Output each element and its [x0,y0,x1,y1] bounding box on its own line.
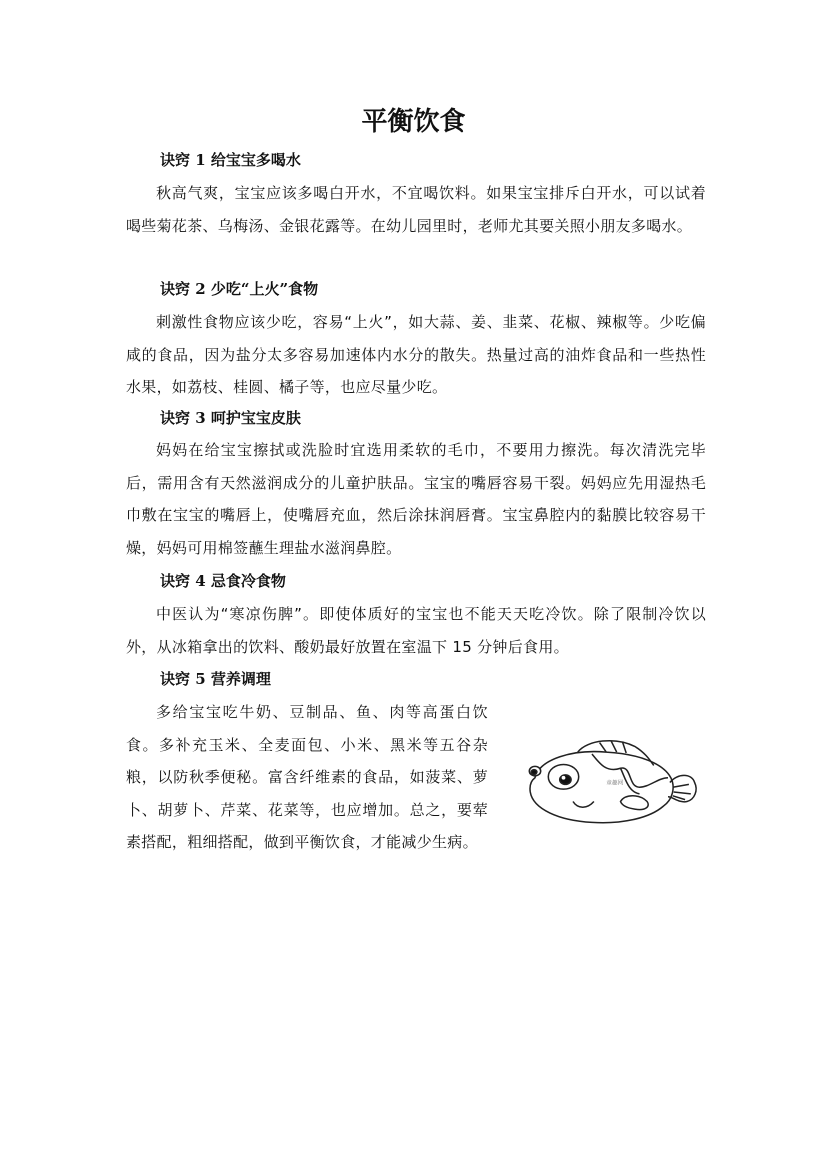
section-1-body: 秋高气爽，宝宝应该多喝白开水，不宜喝饮料。如果宝宝排斥白开水，可以试着喝些菊花茶… [126,177,706,242]
section-4-heading: 诀窍 4 忌食冷食物 [160,571,286,591]
section-4-body: 中医认为“寒凉伤脾”。即使体质好的宝宝也不能天天吃冷饮。除了限制冷饮以外，从冰箱… [126,598,706,663]
section-2-heading: 诀窍 2 少吃“上火”食物 [160,279,318,299]
page-title: 平衡饮食 [0,104,827,140]
section-5-heading: 诀窍 5 营养调理 [160,669,271,689]
section-5-body: 多给宝宝吃牛奶、豆制品、鱼、肉等高蛋白饮食。多补充玉米、全麦面包、小米、黑米等五… [126,696,488,859]
section-1-heading: 诀窍 1 给宝宝多喝水 [160,150,301,170]
section-3-body: 妈妈在给宝宝擦拭或洗脸时宜选用柔软的毛巾，不要用力擦洗。每次清洗完毕后，需用含有… [126,434,706,564]
section-3-heading: 诀窍 3 呵护宝宝皮肤 [160,408,301,428]
cartoon-fish-icon: 童趣网 [516,735,706,830]
document-page: 平衡饮食 诀窍 1 给宝宝多喝水 秋高气爽，宝宝应该多喝白开水，不宜喝饮料。如果… [0,0,827,1170]
watermark: 童趣网 [606,778,623,786]
section-2-body: 刺激性食物应该少吃，容易“上火”，如大蒜、姜、韭菜、花椒、辣椒等。少吃偏咸的食品… [126,306,706,404]
